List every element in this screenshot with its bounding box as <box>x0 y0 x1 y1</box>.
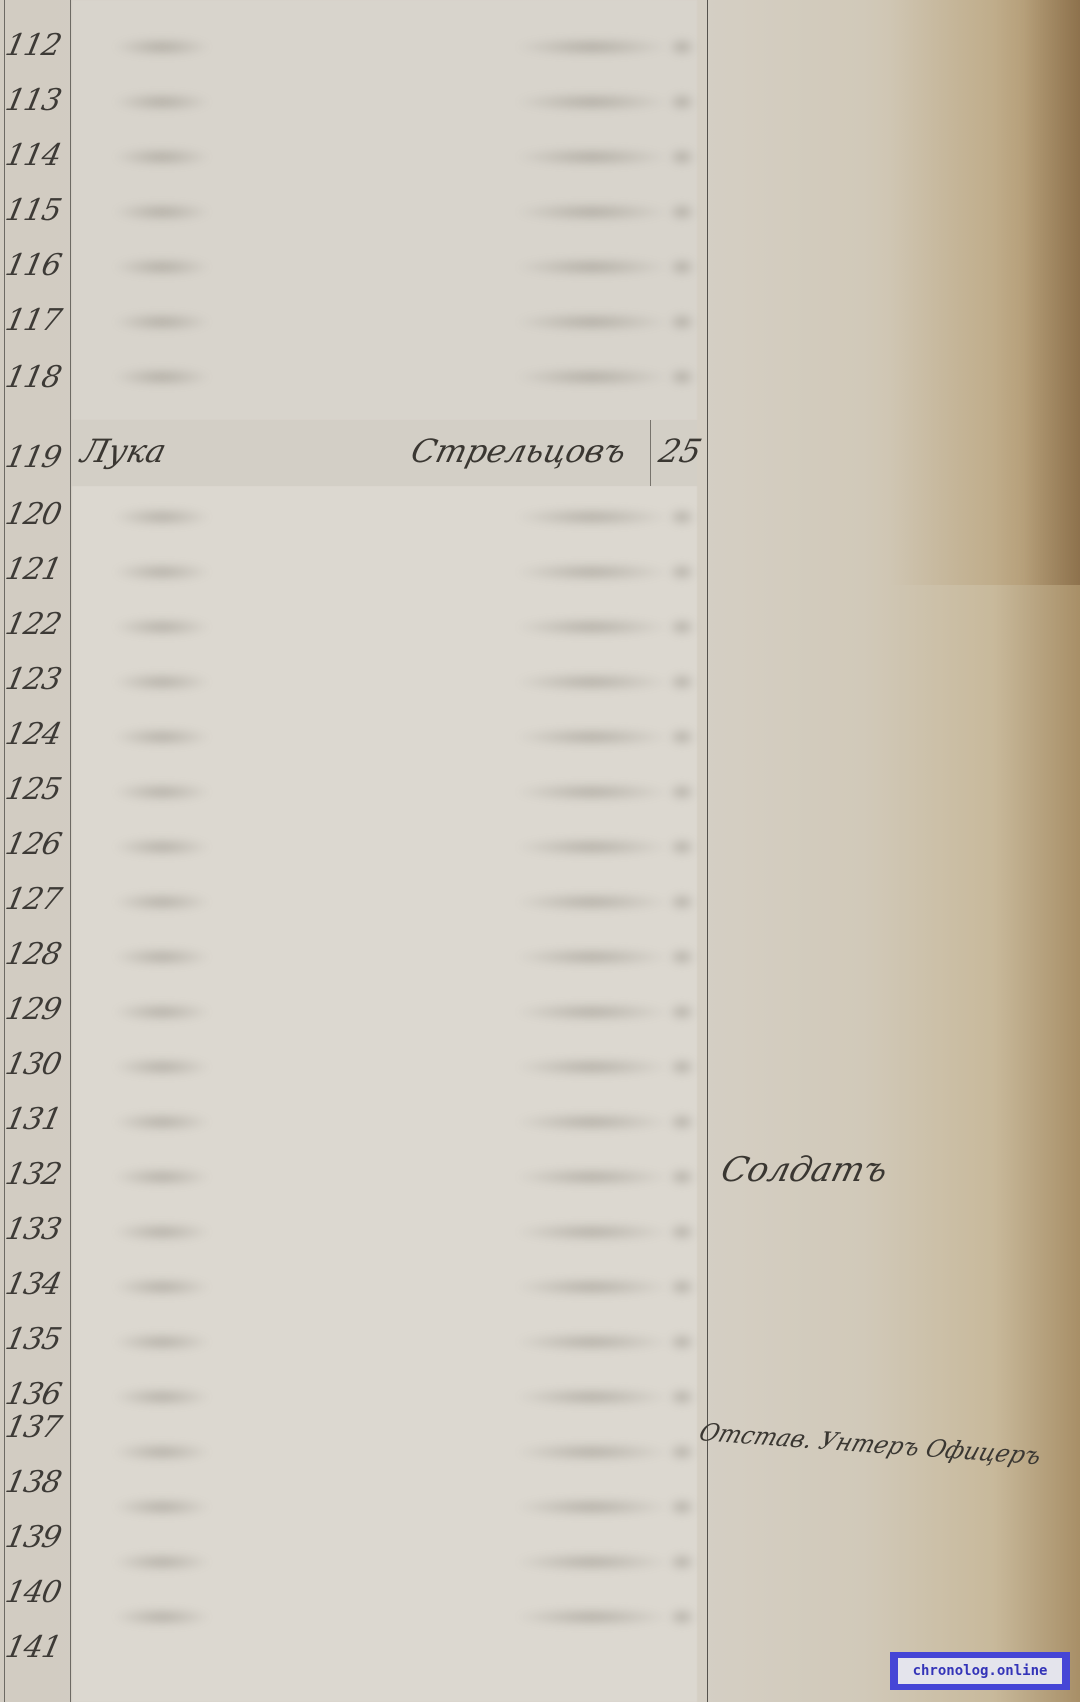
row-number: 138 <box>2 1465 69 1500</box>
blurred-row <box>72 665 697 699</box>
blurred-row <box>72 1270 697 1304</box>
blurred-row <box>72 1160 697 1194</box>
blurred-row <box>72 30 697 64</box>
row-number: 141 <box>2 1630 69 1665</box>
entry-age: 25 <box>655 432 705 470</box>
blurred-row <box>72 1050 697 1084</box>
entry-surname: Стрельцовъ <box>407 432 630 470</box>
highlighted-entry-row: Лука Стрельцовъ 25 <box>72 420 697 486</box>
blurred-row <box>72 360 697 394</box>
row-number: 116 <box>2 248 69 283</box>
blurred-row <box>72 85 697 119</box>
entry-first-name: Лука <box>77 432 170 470</box>
row-number: 136 <box>2 1377 69 1412</box>
blurred-row <box>72 1545 697 1579</box>
blurred-row <box>72 305 697 339</box>
blurred-row <box>72 1325 697 1359</box>
row-number: 114 <box>2 138 69 173</box>
blurred-row <box>72 1435 697 1469</box>
blurred-row <box>72 720 697 754</box>
row-number: 128 <box>2 937 69 972</box>
row-number: 117 <box>2 303 69 338</box>
blurred-row <box>72 1105 697 1139</box>
blurred-row <box>72 775 697 809</box>
blurred-row <box>72 1215 697 1249</box>
row-number: 118 <box>2 360 69 395</box>
row-number: 134 <box>2 1267 69 1302</box>
watermark-text: chronolog.online <box>898 1658 1062 1684</box>
blurred-row <box>72 995 697 1029</box>
blurred-row <box>72 610 697 644</box>
row-number: 125 <box>2 772 69 807</box>
row-number: 122 <box>2 607 69 642</box>
row-number: 135 <box>2 1322 69 1357</box>
number-column-line <box>70 0 71 1702</box>
row-number: 115 <box>2 193 69 228</box>
blurred-row <box>72 250 697 284</box>
age-column-line <box>650 420 651 486</box>
row-number: 121 <box>2 552 69 587</box>
row-number: 124 <box>2 717 69 752</box>
row-number: 131 <box>2 1102 69 1137</box>
side-note-soldier: Солдатъ <box>717 1150 892 1190</box>
row-number: 137 <box>2 1410 69 1445</box>
row-number: 132 <box>2 1157 69 1192</box>
row-number: 130 <box>2 1047 69 1082</box>
row-number: 123 <box>2 662 69 697</box>
row-number: 113 <box>2 83 69 118</box>
row-number: 120 <box>2 497 69 532</box>
blurred-row <box>72 885 697 919</box>
blurred-row <box>72 940 697 974</box>
document-page: 112 113 114 115 116 117 118 119 120 121 … <box>0 0 1080 1702</box>
row-number: 129 <box>2 992 69 1027</box>
row-number: 127 <box>2 882 69 917</box>
watermark-badge: chronolog.online <box>890 1652 1070 1690</box>
blurred-row <box>72 830 697 864</box>
row-number: 140 <box>2 1575 69 1610</box>
row-number: 126 <box>2 827 69 862</box>
side-note-retired-nco: Отстав. Унтеръ Офицеръ <box>696 1418 1046 1470</box>
blurred-row <box>72 1380 697 1414</box>
blurred-row <box>72 1600 697 1634</box>
row-number: 133 <box>2 1212 69 1247</box>
blurred-row <box>72 500 697 534</box>
blurred-row <box>72 555 697 589</box>
row-number: 119 <box>2 440 69 475</box>
row-number: 112 <box>2 28 69 63</box>
row-number: 139 <box>2 1520 69 1555</box>
blurred-row <box>72 140 697 174</box>
blurred-row <box>72 1490 697 1524</box>
blurred-row <box>72 195 697 229</box>
